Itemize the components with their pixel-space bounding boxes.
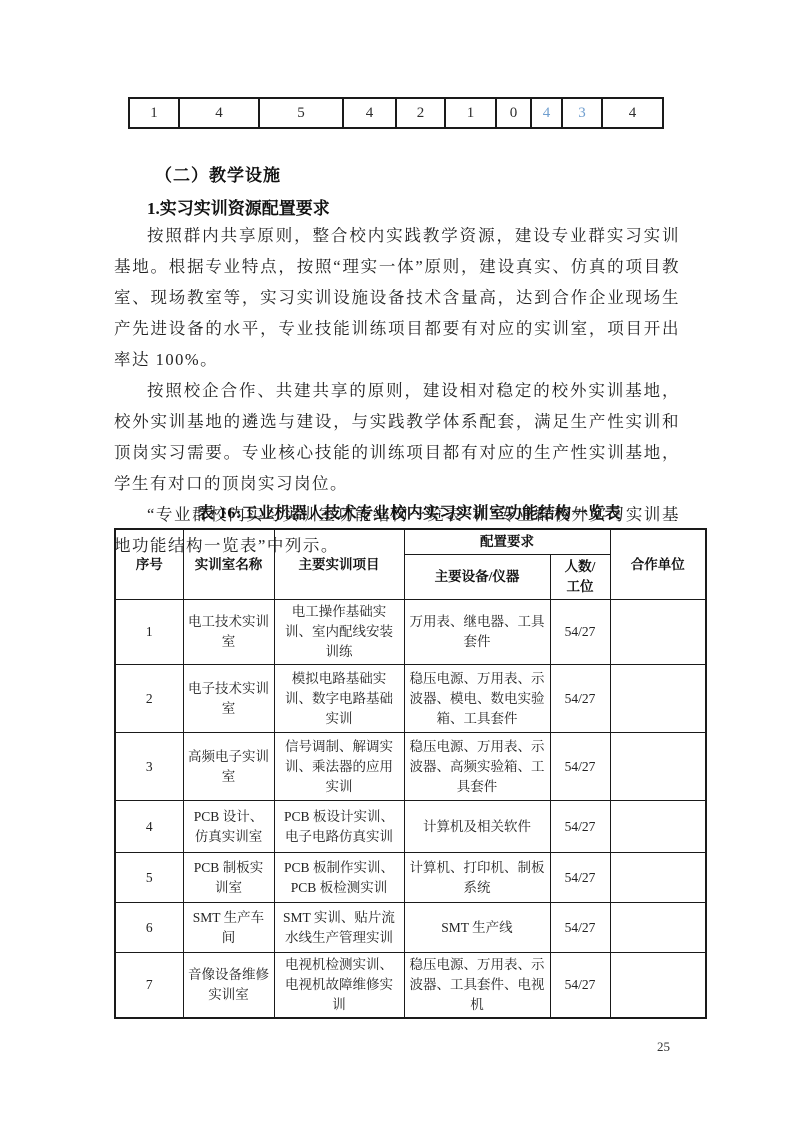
row-index-cell: 7: [115, 953, 183, 1019]
room-name-cell: 电工技术实训室: [183, 600, 274, 665]
partner-cell: [610, 733, 706, 801]
score-cell: 4: [179, 98, 259, 128]
room-name-cell: SMT 生产车间: [183, 903, 274, 953]
projects-cell: PCB 板设计实训、电子电路仿真实训: [274, 801, 404, 853]
score-cell: 4: [343, 98, 396, 128]
subsection-heading: 1.实习实训资源配置要求: [147, 194, 330, 219]
score-strip-table: 1 4 5 4 2 1 0 4 3 4: [128, 97, 664, 129]
room-name-cell: 电子技术实训室: [183, 665, 274, 733]
row-index-cell: 6: [115, 903, 183, 953]
header-partner: 合作单位: [610, 529, 706, 600]
table-row: 4 PCB 设计、仿真实训室 PCB 板设计实训、电子电路仿真实训 计算机及相关…: [115, 801, 706, 853]
score-cell: 5: [259, 98, 343, 128]
table-row: 1 电工技术实训室 电工操作基础实训、室内配线安装训练 万用表、继电器、工具套件…: [115, 600, 706, 665]
projects-cell: 模拟电路基础实训、数字电路基础实训: [274, 665, 404, 733]
score-cell: 2: [396, 98, 445, 128]
capacity-cell: 54/27: [550, 953, 610, 1019]
table-row: 3 高频电子实训室 信号调制、解调实训、乘法器的应用实训 稳压电源、万用表、示波…: [115, 733, 706, 801]
partner-cell: [610, 953, 706, 1019]
projects-cell: 电视机检测实训、电视机故障维修实训: [274, 953, 404, 1019]
room-name-cell: PCB 制板实训室: [183, 853, 274, 903]
partner-cell: [610, 600, 706, 665]
capacity-cell: 54/27: [550, 600, 610, 665]
capacity-cell: 54/27: [550, 903, 610, 953]
projects-cell: 电工操作基础实训、室内配线安装训练: [274, 600, 404, 665]
partner-cell: [610, 665, 706, 733]
capacity-cell: 54/27: [550, 733, 610, 801]
table-header-row-top: 序号 实训室名称 主要实训项目 配置要求 合作单位: [115, 529, 706, 555]
row-index-cell: 5: [115, 853, 183, 903]
capacity-cell: 54/27: [550, 665, 610, 733]
projects-cell: SMT 实训、贴片流水线生产管理实训: [274, 903, 404, 953]
table-row: 5 PCB 制板实训室 PCB 板制作实训、PCB 板检测实训 计算机、打印机、…: [115, 853, 706, 903]
score-cell-highlighted: 4: [531, 98, 562, 128]
score-cell: 1: [445, 98, 496, 128]
document-page: 1 4 5 4 2 1 0 4 3 4 （二）教学设施 1.实习实训资源配置要求…: [0, 0, 793, 1122]
equipment-cell: 计算机及相关软件: [404, 801, 550, 853]
header-capacity: 人数/ 工位: [550, 555, 610, 600]
facilities-table: 序号 实训室名称 主要实训项目 配置要求 合作单位 主要设备/仪器 人数/ 工位…: [114, 528, 707, 1019]
row-index-cell: 2: [115, 665, 183, 733]
row-index-cell: 3: [115, 733, 183, 801]
partner-cell: [610, 853, 706, 903]
equipment-cell: 稳压电源、万用表、示波器、工具套件、电视机: [404, 953, 550, 1019]
row-index-cell: 4: [115, 801, 183, 853]
header-index: 序号: [115, 529, 183, 600]
room-name-cell: 高频电子实训室: [183, 733, 274, 801]
header-config-group: 配置要求: [404, 529, 610, 555]
table-row: 6 SMT 生产车间 SMT 实训、贴片流水线生产管理实训 SMT 生产线 54…: [115, 903, 706, 953]
equipment-cell: 计算机、打印机、制板系统: [404, 853, 550, 903]
score-cell-highlighted: 3: [562, 98, 602, 128]
paragraph: 按照校企合作、共建共享的原则，建设相对稳定的校外实训基地，校外实训基地的遴选与建…: [114, 375, 680, 499]
projects-cell: PCB 板制作实训、PCB 板检测实训: [274, 853, 404, 903]
equipment-cell: 万用表、继电器、工具套件: [404, 600, 550, 665]
score-cell: 4: [602, 98, 663, 128]
header-room-name: 实训室名称: [183, 529, 274, 600]
paragraph: 按照群内共享原则，整合校内实践教学资源，建设专业群实习实训基地。根据专业特点，按…: [114, 220, 680, 375]
equipment-cell: SMT 生产线: [404, 903, 550, 953]
score-strip-row: 1 4 5 4 2 1 0 4 3 4: [129, 98, 663, 128]
row-index-cell: 1: [115, 600, 183, 665]
table-caption: 表 16:工业机器人技术专业校内实习实训室功能结构一览表: [114, 500, 705, 523]
partner-cell: [610, 801, 706, 853]
score-cell: 0: [496, 98, 531, 128]
table-row: 7 音像设备维修实训室 电视机检测实训、电视机故障维修实训 稳压电源、万用表、示…: [115, 953, 706, 1019]
equipment-cell: 稳压电源、万用表、示波器、模电、数电实验箱、工具套件: [404, 665, 550, 733]
page-number: 25: [657, 1039, 670, 1055]
section-heading: （二）教学设施: [155, 161, 281, 186]
table-row: 2 电子技术实训室 模拟电路基础实训、数字电路基础实训 稳压电源、万用表、示波器…: [115, 665, 706, 733]
capacity-cell: 54/27: [550, 801, 610, 853]
capacity-cell: 54/27: [550, 853, 610, 903]
header-projects: 主要实训项目: [274, 529, 404, 600]
room-name-cell: 音像设备维修实训室: [183, 953, 274, 1019]
equipment-cell: 稳压电源、万用表、示波器、高频实验箱、工具套件: [404, 733, 550, 801]
room-name-cell: PCB 设计、仿真实训室: [183, 801, 274, 853]
header-equipment: 主要设备/仪器: [404, 555, 550, 600]
score-cell: 1: [129, 98, 179, 128]
partner-cell: [610, 903, 706, 953]
projects-cell: 信号调制、解调实训、乘法器的应用实训: [274, 733, 404, 801]
